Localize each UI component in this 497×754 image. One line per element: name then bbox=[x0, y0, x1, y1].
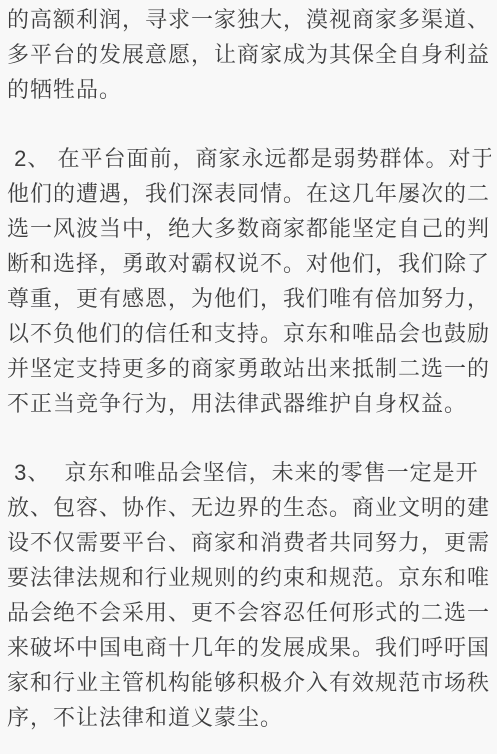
text-line: 的高额利润，寻求一家独大，漠视商家多渠道、 bbox=[7, 2, 491, 37]
text-line: 要法律法规和行业规则的约束和规范。京东和唯 bbox=[7, 560, 491, 595]
text-line: 不正当竞争行为，用法律武器维护自身权益。 bbox=[7, 386, 491, 421]
text-line: 并坚定支持更多的商家勇敢站出来抵制二选一的 bbox=[7, 351, 491, 386]
text-line: 设不仅需要平台、商家和消费者共同努力，更需 bbox=[7, 525, 491, 560]
text-line: 他们的遭遇，我们深表同情。在这几年屡次的二 bbox=[7, 176, 491, 211]
text-line: 的牺牲品。 bbox=[7, 72, 491, 107]
text-line: 3、 京东和唯品会坚信，未来的零售一定是开 bbox=[7, 455, 491, 490]
paragraph-1: 的高额利润，寻求一家独大，漠视商家多渠道、 多平台的发展意愿，让商家成为其保全自… bbox=[7, 2, 491, 107]
text-line: 2、 在平台面前，商家永远都是弱势群体。对于 bbox=[7, 141, 491, 176]
text-line: 放、包容、协作、无边界的生态。商业文明的建 bbox=[7, 490, 491, 525]
text-line: 品会绝不会采用、更不会容忍任何形式的二选一 bbox=[7, 595, 491, 630]
text-line: 多平台的发展意愿，让商家成为其保全自身利益 bbox=[7, 37, 491, 72]
paragraph-3: 3、 京东和唯品会坚信，未来的零售一定是开 放、包容、协作、无边界的生态。商业文… bbox=[7, 455, 491, 735]
text-line: 选一风波当中，绝大多数商家都能坚定自己的判 bbox=[7, 211, 491, 246]
text-line: 家和行业主管机构能够积极介入有效规范市场秩 bbox=[7, 665, 491, 700]
text-line: 序，不让法律和道义蒙尘。 bbox=[7, 700, 491, 735]
statement-document: 的高额利润，寻求一家独大，漠视商家多渠道、 多平台的发展意愿，让商家成为其保全自… bbox=[0, 0, 497, 735]
text-line: 以不负他们的信任和支持。京东和唯品会也鼓励 bbox=[7, 316, 491, 351]
text-line: 断和选择，勇敢对霸权说不。对他们，我们除了 bbox=[7, 246, 491, 281]
paragraph-2: 2、 在平台面前，商家永远都是弱势群体。对于 他们的遭遇，我们深表同情。在这几年… bbox=[7, 141, 491, 421]
text-line: 来破坏中国电商十几年的发展成果。我们呼吁国 bbox=[7, 630, 491, 665]
text-line: 尊重，更有感恩，为他们，我们唯有倍加努力， bbox=[7, 281, 491, 316]
